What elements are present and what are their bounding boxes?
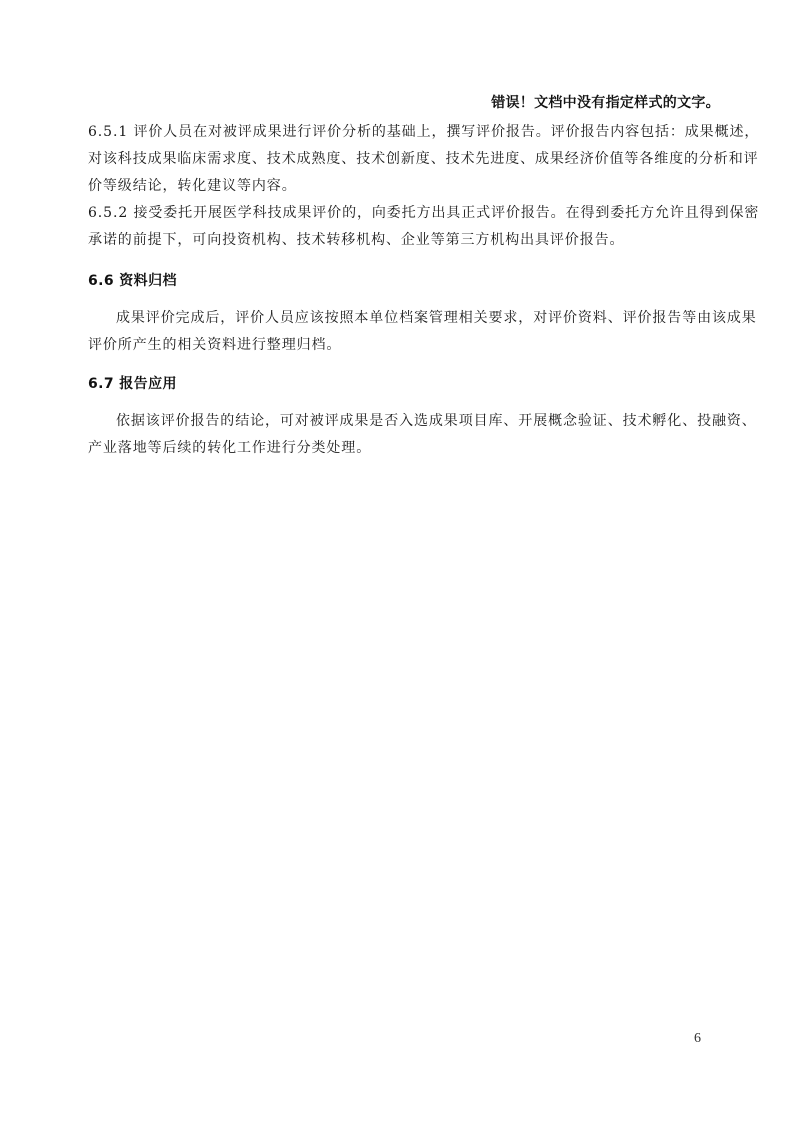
para-6-5-1-line-3: 价等级结论，转化建议等内容。 — [88, 176, 720, 196]
para-6-7-line-2: 产业落地等后续的转化工作进行分类处理。 — [88, 438, 720, 458]
para-6-6-line-1: 成果评价完成后，评价人员应该按照本单位档案管理相关要求，对评价资料、评价报告等由… — [116, 308, 720, 328]
para-6-5-2-line-2: 承诺的前提下，可向投资机构、技术转移机构、企业等第三方机构出具评价报告。 — [88, 230, 720, 250]
section-heading-6-7: 6.7 报告应用 — [88, 374, 177, 394]
page-header-error-text: 错误！文档中没有指定样式的文字。 — [491, 92, 720, 112]
section-heading-6-6: 6.6 资料归档 — [88, 271, 177, 291]
para-6-7-line-1: 依据该评价报告的结论，可对被评成果是否入选成果项目库、开展概念验证、技术孵化、投… — [116, 411, 720, 431]
para-6-6-line-2: 评价所产生的相关资料进行整理归档。 — [88, 335, 720, 355]
document-page: 错误！文档中没有指定样式的文字。 6.5.1 评价人员在对被评成果进行评价分析的… — [0, 0, 793, 1122]
para-6-5-2-line-1: 6.5.2 接受委托开展医学科技成果评价的，向委托方出具正式评价报告。在得到委托… — [88, 203, 720, 223]
page-number: 6 — [694, 1031, 701, 1047]
para-6-5-1-line-2: 对该科技成果临床需求度、技术成熟度、技术创新度、技术先进度、成果经济价值等各维度… — [88, 149, 720, 169]
para-6-5-1-line-1: 6.5.1 评价人员在对被评成果进行评价分析的基础上，撰写评价报告。评价报告内容… — [88, 122, 720, 142]
